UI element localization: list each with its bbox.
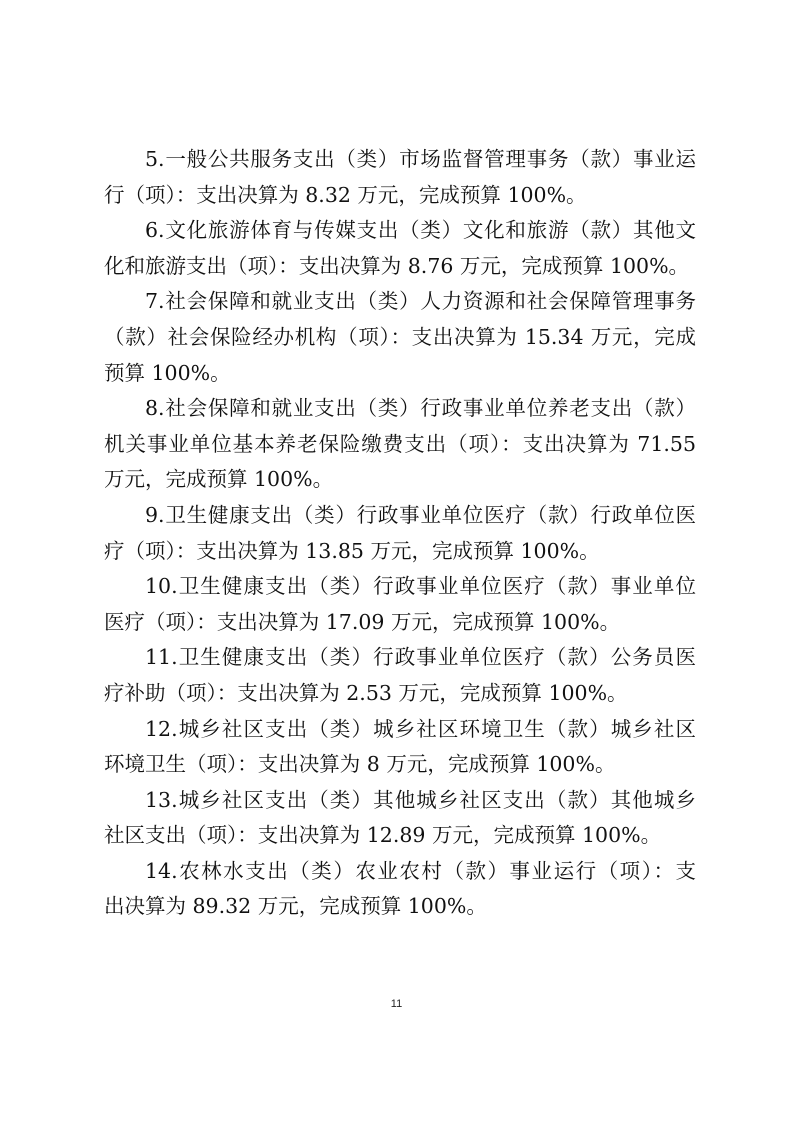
paragraph-line: 12.城乡社区支出（类）城乡社区环境卫生（款）城乡社区 <box>104 712 696 748</box>
paragraph-line: 疗（项）：支出决算为 13.85 万元，完成预算 100%。 <box>104 534 696 570</box>
paragraph-line: 14.农林水支出（类）农业农村（款）事业运行（项）：支 <box>104 854 696 890</box>
paragraph-item-9: 9.卫生健康支出（类）行政事业单位医疗（款）行政单位医 疗（项）：支出决算为 1… <box>104 498 696 569</box>
paragraph-item-6: 6.文化旅游体育与传媒支出（类）文化和旅游（款）其他文 化和旅游支出（项）：支出… <box>104 213 696 284</box>
paragraph-line: 医疗（项）：支出决算为 17.09 万元，完成预算 100%。 <box>104 605 696 641</box>
paragraph-line: 8.社会保障和就业支出（类）行政事业单位养老支出（款） <box>104 391 696 427</box>
paragraph-line: 出决算为 89.32 万元，完成预算 100%。 <box>104 889 696 925</box>
document-body: 5.一般公共服务支出（类）市场监督管理事务（款）事业运 行（项）：支出决算为 8… <box>104 142 696 925</box>
paragraph-item-13: 13.城乡社区支出（类）其他城乡社区支出（款）其他城乡 社区支出（项）：支出决算… <box>104 783 696 854</box>
paragraph-line: 预算 100%。 <box>104 356 696 392</box>
paragraph-line: 6.文化旅游体育与传媒支出（类）文化和旅游（款）其他文 <box>104 213 696 249</box>
paragraph-line: 10.卫生健康支出（类）行政事业单位医疗（款）事业单位 <box>104 569 696 605</box>
paragraph-line: 7.社会保障和就业支出（类）人力资源和社会保障管理事务 <box>104 284 696 320</box>
paragraph-line: 11.卫生健康支出（类）行政事业单位医疗（款）公务员医 <box>104 640 696 676</box>
paragraph-item-12: 12.城乡社区支出（类）城乡社区环境卫生（款）城乡社区 环境卫生（项）：支出决算… <box>104 712 696 783</box>
paragraph-item-5: 5.一般公共服务支出（类）市场监督管理事务（款）事业运 行（项）：支出决算为 8… <box>104 142 696 213</box>
paragraph-line: 万元，完成预算 100%。 <box>104 462 696 498</box>
document-page: 5.一般公共服务支出（类）市场监督管理事务（款）事业运 行（项）：支出决算为 8… <box>0 0 793 1122</box>
paragraph-line: 社区支出（项）：支出决算为 12.89 万元，完成预算 100%。 <box>104 818 696 854</box>
paragraph-line: 5.一般公共服务支出（类）市场监督管理事务（款）事业运 <box>104 142 696 178</box>
paragraph-item-14: 14.农林水支出（类）农业农村（款）事业运行（项）：支 出决算为 89.32 万… <box>104 854 696 925</box>
paragraph-line: 机关事业单位基本养老保险缴费支出（项）：支出决算为 71.55 <box>104 427 696 463</box>
paragraph-line: 13.城乡社区支出（类）其他城乡社区支出（款）其他城乡 <box>104 783 696 819</box>
paragraph-line: 行（项）：支出决算为 8.32 万元，完成预算 100%。 <box>104 178 696 214</box>
paragraph-item-10: 10.卫生健康支出（类）行政事业单位医疗（款）事业单位 医疗（项）：支出决算为 … <box>104 569 696 640</box>
paragraph-item-7: 7.社会保障和就业支出（类）人力资源和社会保障管理事务 （款）社会保险经办机构（… <box>104 284 696 391</box>
paragraph-line: 疗补助（项）：支出决算为 2.53 万元，完成预算 100%。 <box>104 676 696 712</box>
paragraph-line: （款）社会保险经办机构（项）：支出决算为 15.34 万元，完成 <box>104 320 696 356</box>
paragraph-item-11: 11.卫生健康支出（类）行政事业单位医疗（款）公务员医 疗补助（项）：支出决算为… <box>104 640 696 711</box>
paragraph-item-8: 8.社会保障和就业支出（类）行政事业单位养老支出（款） 机关事业单位基本养老保险… <box>104 391 696 498</box>
paragraph-line: 环境卫生（项）：支出决算为 8 万元，完成预算 100%。 <box>104 747 696 783</box>
paragraph-line: 9.卫生健康支出（类）行政事业单位医疗（款）行政单位医 <box>104 498 696 534</box>
page-number: 11 <box>0 998 793 1010</box>
paragraph-line: 化和旅游支出（项）：支出决算为 8.76 万元，完成预算 100%。 <box>104 249 696 285</box>
